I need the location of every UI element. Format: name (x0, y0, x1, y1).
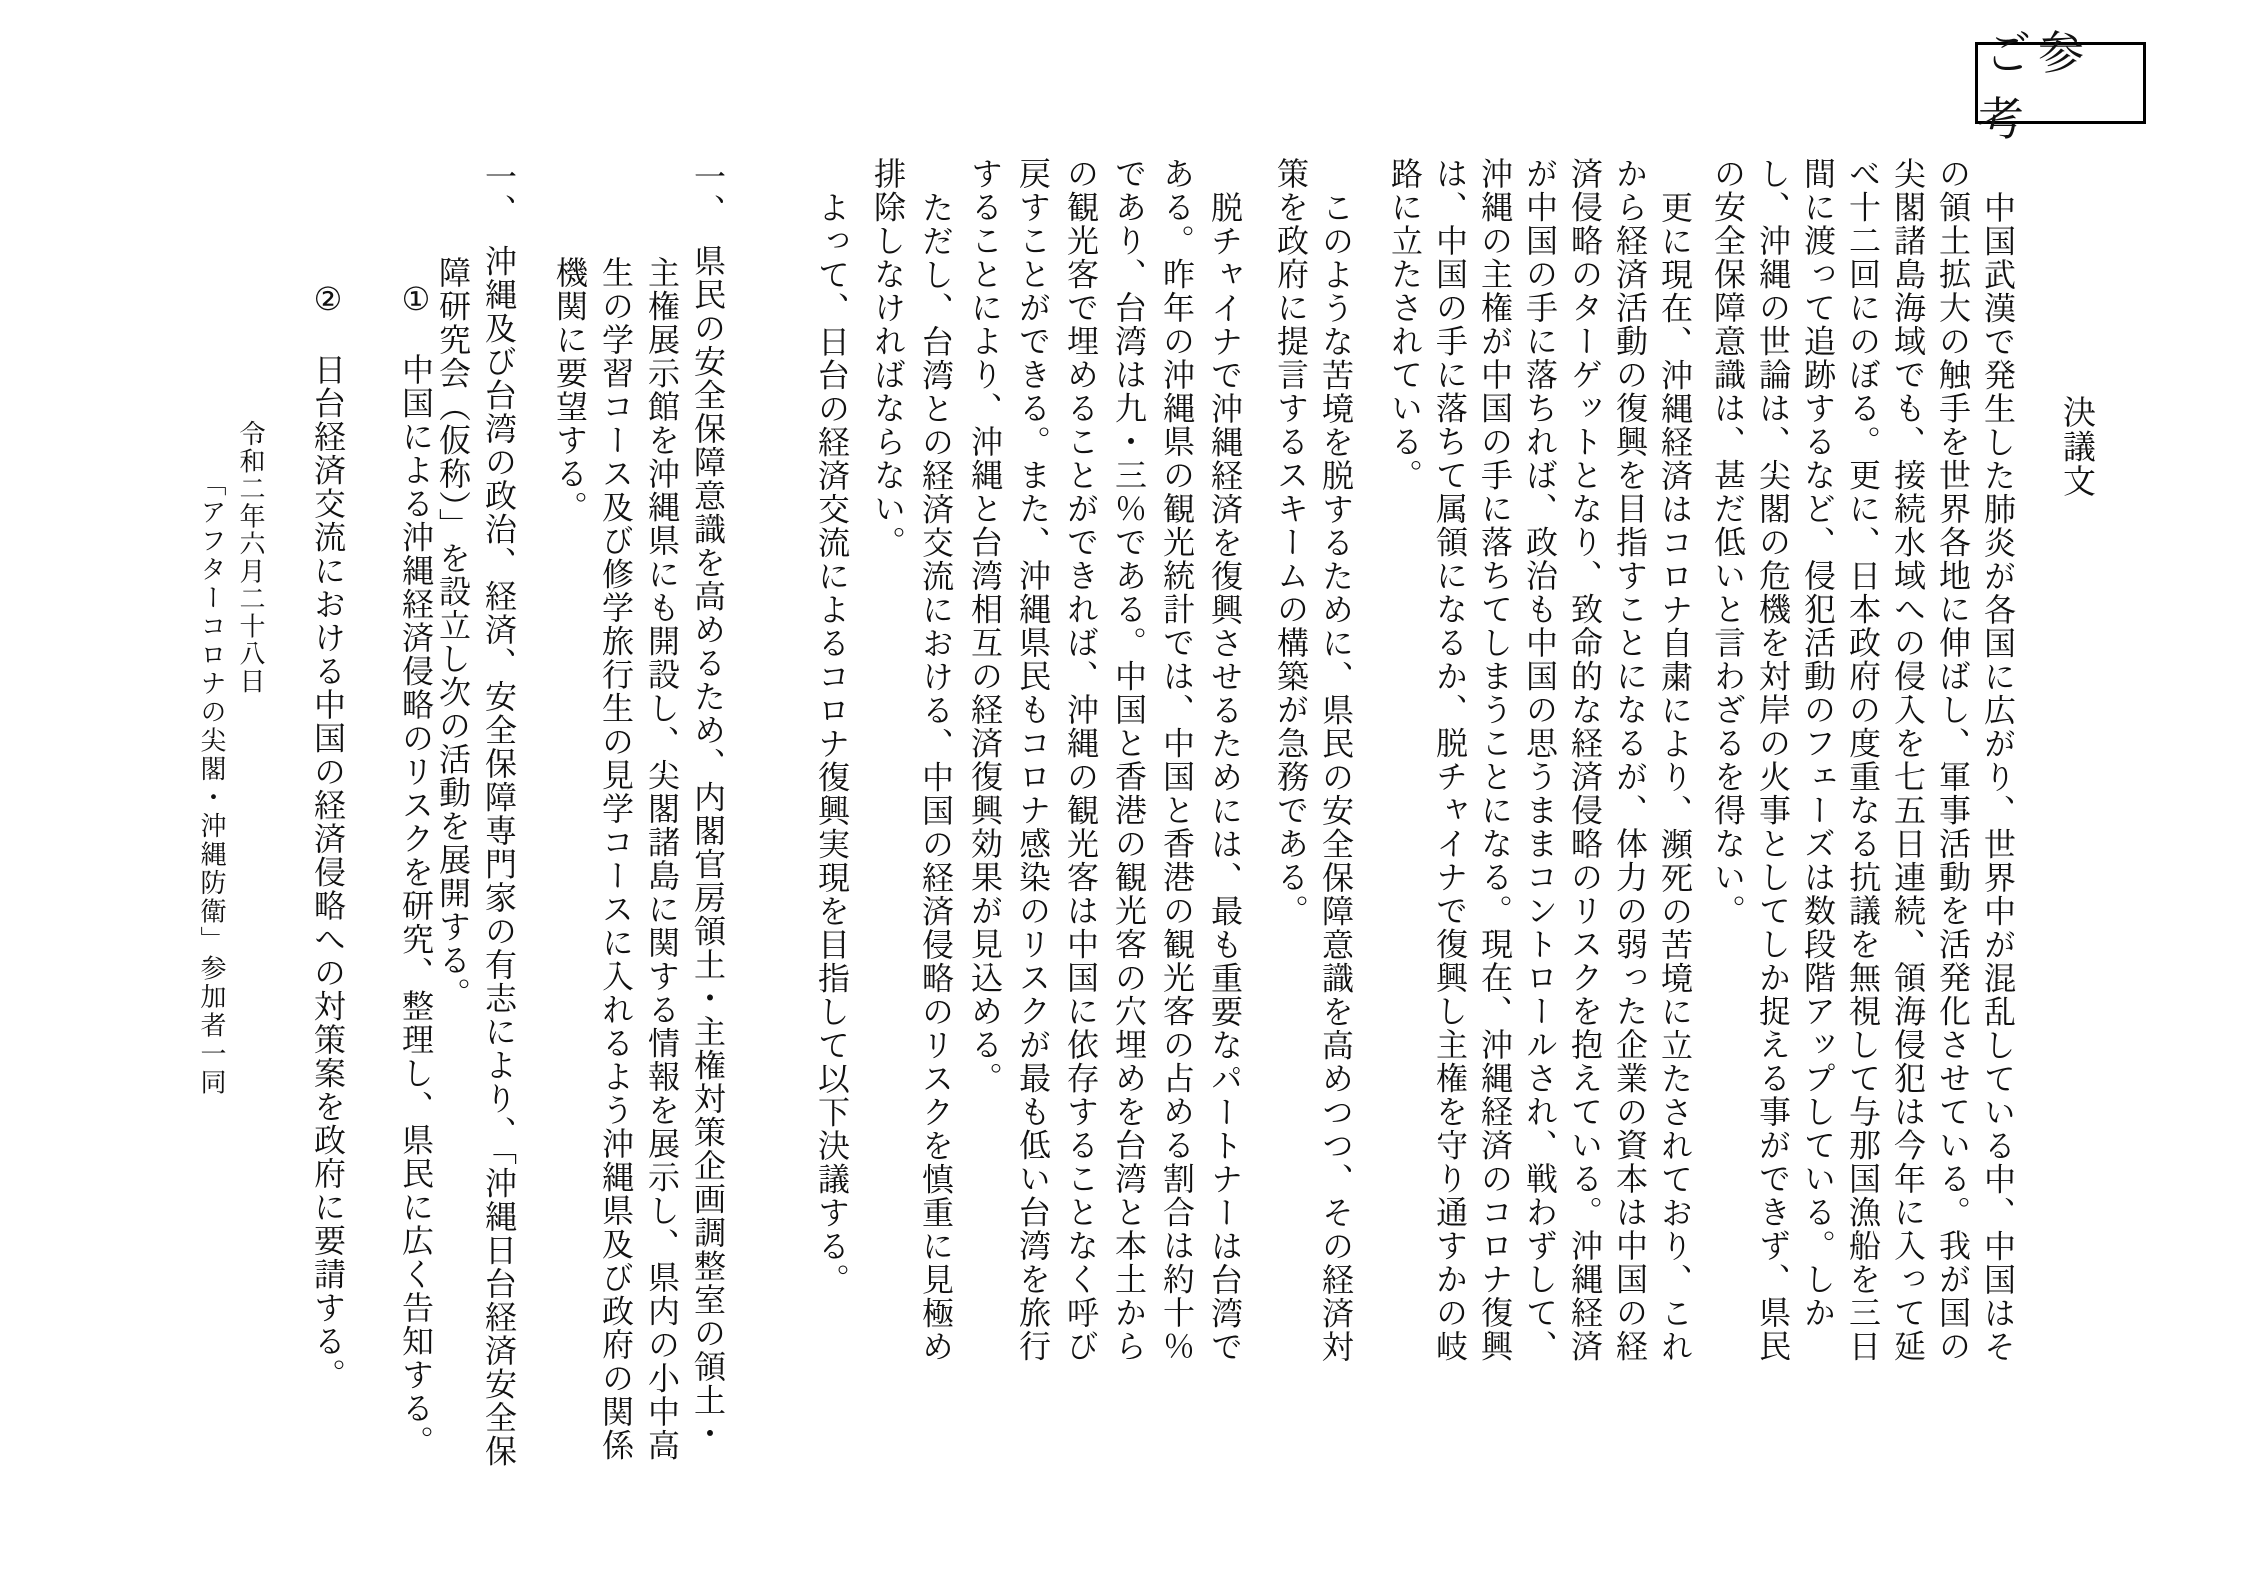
resolution-subitem-1: ① 中国による沖縄経済侵略のリスクを研究、整理し、県民に広く告知する。 (349, 280, 437, 1459)
document-date: 令和二年六月二十八日 (231, 420, 267, 1120)
subitem-1-text: 中国による沖縄経済侵略のリスクを研究、整理し、県民に広く告知する。 (398, 353, 434, 1459)
reference-stamp-box: ご参考 (1975, 42, 2146, 124)
subitem-1-marker: ① (398, 280, 434, 353)
resolution-lead: よって、日台の経済交流によるコロナ復興実現を目指して以下決議する。 (808, 157, 854, 1372)
item-1-text: 県民の安全保障意識を高めるため、内閣官房領土・主権対策企画調整室の領土・主権展示… (552, 245, 726, 1463)
item-2-marker: 一、 (481, 160, 517, 245)
reference-stamp-label: ご参考 (1978, 17, 2143, 149)
paragraph-taiwan-partner: 脱チャイナで沖縄経済を復興させるためには、最も重要なパートナーは台湾である。昨年… (960, 157, 1249, 1372)
subitem-2-marker: ② (310, 280, 346, 353)
item-2-text: 沖縄及び台湾の政治、経済、安全保障専門家の有志により、「沖縄日台経済安全保障研究… (435, 245, 517, 1469)
document-title: 決議文 (2053, 395, 2098, 695)
document-page: ご参考 決議文 中国武漢で発生した肺炎が各国に広がり、世界中が混乱している中、中… (0, 0, 2249, 1589)
resolution-subitem-2: ② 日台経済交流における中国の経済侵略への対策案を政府に要請する。 (304, 280, 349, 1459)
resolution-item-1: 一、 県民の安全保障意識を高めるため、内閣官房領土・主権対策企画調整室の領土・主… (546, 160, 731, 1471)
resolution-item-2: 一、 沖縄及び台湾の政治、経済、安全保障専門家の有志により、「沖縄日台経済安全保… (429, 160, 522, 1488)
paragraph-taiwan-caution: ただし、台湾との経済交流における、中国の経済侵略のリスクを慎重に見極め排除しなけ… (863, 157, 960, 1372)
paragraph-china-expansion: 中国武漢で発生した肺炎が各国に広がり、世界中が混乱している中、中国はその領土拡大… (1705, 157, 2020, 1372)
document-signature: 「アフターコロナの尖閣・沖縄防衛」参加者一同 (192, 470, 228, 1190)
item-1-marker: 一、 (690, 160, 726, 245)
paragraph-okinawa-economy-risk: 更に現在、沖縄経済はコロナ自粛により、瀕死の苦境に立たされており、これから経済活… (1382, 157, 1697, 1372)
subitem-2-text: 日台経済交流における中国の経済侵略への対策案を政府に要請する。 (310, 353, 346, 1392)
paragraph-scheme-urgency: このような苦境を脱するために、県民の安全保障意識を高めつつ、その経済対策を政府に… (1266, 157, 1358, 1372)
